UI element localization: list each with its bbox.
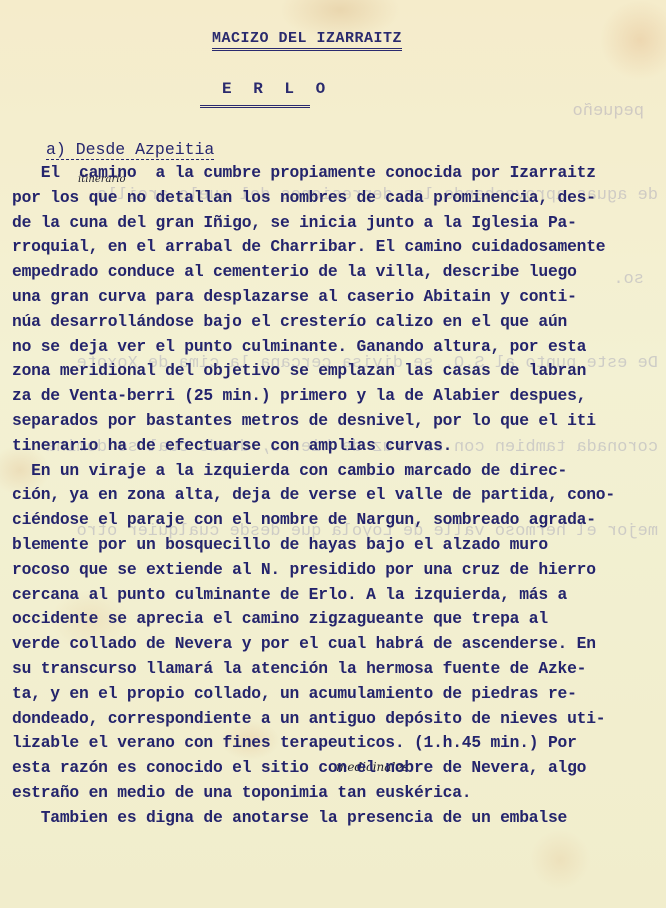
text-line: de la cuna del gran Iñigo, se inicia jun… [12,211,662,236]
text-line: rocoso que se extiende al N. presidido p… [12,558,662,583]
text-line: tinerario ha de efectuarse con amplias c… [12,434,662,459]
text-line: empedrado conduce al cementerio de la vi… [12,260,662,285]
document-body: El camino a la cumbre propiamente conoci… [12,161,662,831]
text-line: núa desarrollándose bajo el cresterío ca… [12,310,662,335]
text-line: lizable el verano con fines terapeuticos… [12,731,662,756]
text-line: ta, y en el propio collado, un acumulami… [12,682,662,707]
text-line: occidente se aprecia el camino zigzaguea… [12,607,662,632]
text-line: estraño en medio de una toponimia tan eu… [12,781,662,806]
text-line: separados por bastantes metros de desniv… [12,409,662,434]
document-title: MACIZO DEL IZARRAITZ [212,30,402,51]
text-line: rroquial, en el arrabal de Charribar. El… [12,235,662,260]
text-line: cercana al punto culminante de Erlo. A l… [12,583,662,608]
subtitle-underline [200,105,310,108]
text-line: una gran curva para desplazarse al caser… [12,285,662,310]
text-line: blemente por un bosquecillo de hayas baj… [12,533,662,558]
text-line: En un viraje a la izquierda con cambio m… [12,459,662,484]
text-line: dondeado, correspondiente a un antiguo d… [12,707,662,732]
text-line: ciéndose el paraje con el nombre de Narg… [12,508,662,533]
document-subtitle: E R L O [222,80,331,98]
text-line: za de Venta-berri (25 min.) primero y la… [12,384,662,409]
text-line: ción, ya en zona alta, deja de verse el … [12,483,662,508]
text-line: verde collado de Nevera y por el cual ha… [12,632,662,657]
text-line: esta razón es conocido el sitio con el n… [12,756,662,781]
section-heading: a) Desde Azpeitia [46,140,214,160]
text-line: su transcurso llamará la atención la her… [12,657,662,682]
text-line: Tambien es digna de anotarse la presenci… [12,806,662,831]
text-line: por los que no detallan los nombres de c… [12,186,662,211]
text-line: El camino a la cumbre propiamente conoci… [12,161,662,186]
text-line: zona meridional del objetivo se emplazan… [12,359,662,384]
text-line: no se deja ver el punto culminante. Gana… [12,335,662,360]
